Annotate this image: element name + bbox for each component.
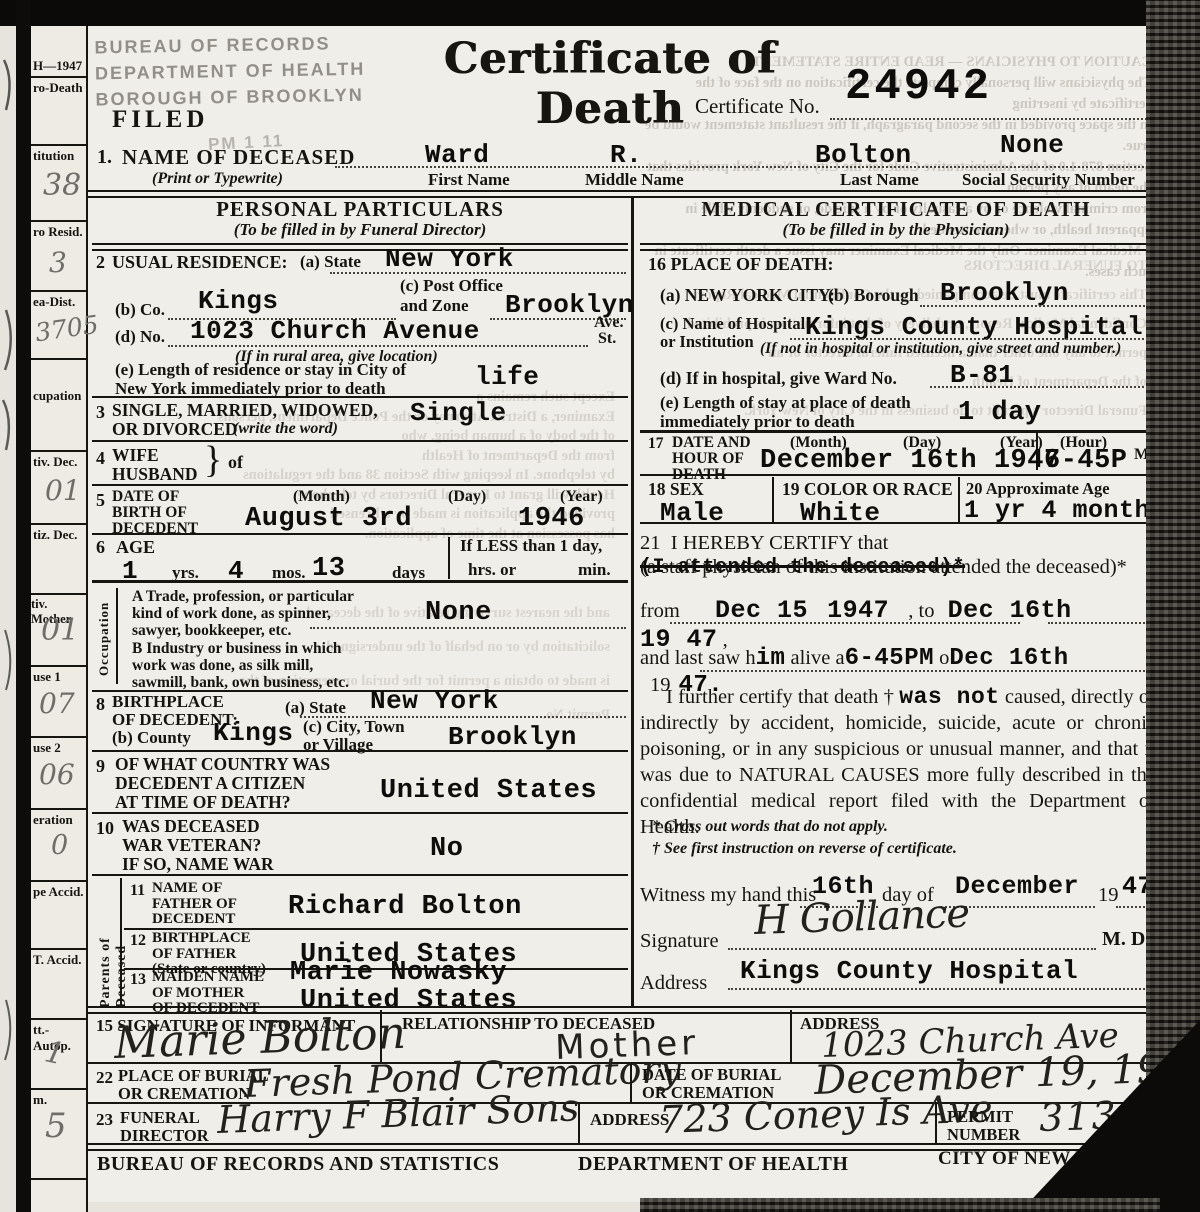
address-value: Kings County Hospital — [740, 956, 1078, 986]
item2c-label: (c) Post Office and Zone — [400, 276, 503, 316]
item21-number: 21 — [640, 532, 661, 554]
margin-cell: ea-Dist. 3705 — [31, 292, 86, 360]
margin-cell: H—1947 — [31, 26, 86, 78]
right-section-title: MEDICAL CERTIFICATE OF DEATH — [640, 197, 1152, 222]
item7b-label: B Industry or business in which work was… — [132, 640, 349, 691]
dotted-line — [670, 622, 1020, 624]
margin-label: ro-Death — [33, 80, 83, 96]
item5-day-label: (Day) — [448, 488, 486, 506]
item2a-label: (a) State — [300, 252, 361, 272]
rule — [640, 474, 1152, 476]
right-section-subtitle: (To be filled in by the Physician) — [640, 220, 1152, 240]
item2a-value: New York — [385, 244, 514, 274]
death-certificate-scan: H—1947 ro-Death titution 38 ro Resid. 3 … — [0, 0, 1200, 1212]
footnote-1: * Cross out words that do not apply. — [652, 818, 888, 836]
item2e-label: (e) Length of residence or stay in City … — [115, 360, 406, 398]
saw-mid: alive a — [791, 647, 845, 669]
filed-stamp: FILED — [112, 106, 208, 134]
from-year: 1947 — [827, 596, 903, 625]
item2b-value: Kings — [198, 286, 279, 316]
item9-label: OF WHAT COUNTRY WAS DECEDENT A CITIZEN A… — [115, 755, 330, 812]
item15-number: 15 — [96, 1016, 113, 1035]
middle-name-label: Middle Name — [585, 170, 684, 190]
bureau-received-stamp: BUREAU OF RECORDS DEPARTMENT OF HEALTH B… — [94, 30, 375, 113]
paragraph-typed: was not — [899, 684, 999, 710]
dotted-line — [168, 345, 588, 347]
item6-divider — [448, 537, 450, 579]
saw-time: 6-45PM — [845, 645, 934, 672]
item6-min-label: min. — [578, 560, 611, 580]
item10-value: No — [430, 834, 463, 864]
item1-label: NAME OF DECEASED — [122, 145, 355, 170]
left-section-subtitle: (To be filled in by Funeral Director) — [92, 220, 628, 240]
row15-divider-2 — [790, 1010, 792, 1062]
margin-label: use 2 — [33, 740, 61, 756]
item17-hour-value: 6-45P — [1044, 446, 1128, 476]
row23-address-label: ADDRESS — [590, 1110, 669, 1130]
item8a-label: (a) State — [285, 698, 346, 718]
item22-number: 22 — [96, 1068, 113, 1088]
margin-value: 01 — [45, 474, 81, 507]
footer-department: DEPARTMENT OF HEALTH — [578, 1153, 848, 1176]
margin-value: 5 — [45, 1106, 67, 1146]
item13-value: Marie Nowasky — [290, 958, 507, 988]
from-label: from — [640, 600, 680, 622]
paragraph-pre: I further certify that death † — [666, 686, 894, 708]
item6-less-label: If LESS than 1 day, — [460, 536, 602, 556]
item4-number: 4 — [96, 448, 105, 469]
margin-label: pe Accid. — [33, 884, 84, 900]
scan-bottom-edge — [640, 1198, 1160, 1212]
item7a-label: A Trade, profession, or particular kind … — [132, 588, 354, 639]
dotted-line — [700, 670, 1152, 672]
item8c-label: (c) City, Town or Village — [303, 718, 405, 754]
dotted-line — [728, 948, 1096, 950]
margin-label: titution — [33, 148, 74, 164]
item7-divider — [116, 588, 118, 684]
rule — [640, 430, 1152, 433]
footnote-2: † See first instruction on reverse of ce… — [652, 840, 957, 858]
saw-pre: and last saw h — [640, 647, 756, 669]
signature-label: Signature — [640, 930, 719, 953]
rule — [92, 812, 628, 814]
underline — [962, 522, 1152, 524]
item1-sublabel: (Print or Typewrite) — [152, 170, 283, 188]
item10-number: 10 — [96, 818, 114, 839]
item17-value: December 16th 1947 — [760, 446, 1061, 476]
item16e-label: (e) Length of stay at place of death imm… — [660, 394, 911, 431]
margin-cell: tt.-Autop. 1 — [31, 1020, 86, 1090]
item8b-label: (b) County — [112, 728, 191, 748]
md-label: M. D. — [1102, 928, 1150, 951]
margin-pen-marks — [0, 40, 18, 1200]
rule — [92, 440, 628, 442]
item13-number: 13 — [130, 971, 146, 989]
item6-number: 6 — [96, 537, 105, 558]
saw-im: im — [756, 645, 786, 672]
row23-divider-1 — [578, 1102, 580, 1143]
rule — [92, 484, 628, 486]
row23-divider-2 — [935, 1102, 937, 1143]
item9-number: 9 — [96, 756, 105, 777]
margin-cell: T. Accid. — [31, 950, 86, 1020]
item17-number: 17 — [648, 435, 664, 452]
item23-number: 23 — [96, 1110, 113, 1130]
item5-year-value: 1946 — [518, 504, 585, 534]
item11-label: NAME OF FATHER OF DECEDENT — [152, 881, 237, 928]
rule — [92, 396, 628, 398]
margin-label: ro Resid. — [33, 224, 83, 240]
middle-name-value: R. — [610, 140, 642, 170]
item8c-value: Brooklyn — [448, 722, 577, 752]
parents-vertical-label: Parents of Deceased — [98, 880, 130, 1008]
item7-vertical-label: Occupation — [96, 590, 112, 676]
margin-cell-empty — [31, 1180, 86, 1212]
rule — [92, 533, 628, 535]
margin-cell: tiz. Dec. — [31, 525, 86, 595]
item5-number: 5 — [96, 490, 105, 511]
certificate-title: Certificate of Death — [430, 34, 790, 134]
item18-label: 18 SEX — [648, 479, 704, 500]
row22-divider — [630, 1062, 632, 1102]
address-label: Address — [640, 972, 707, 995]
saw-date: Dec 16th — [949, 645, 1068, 672]
item8-number: 8 — [96, 694, 105, 715]
margin-cell: m. 5 — [31, 1090, 86, 1180]
item10-label: WAS DECEASED WAR VETERAN? IF SO, NAME WA… — [122, 817, 274, 874]
scan-top-edge — [0, 0, 1200, 26]
dotted-line — [830, 118, 1155, 120]
item21-certify: I HEREBY CERTIFY that — [671, 532, 889, 554]
item2d-value: 1023 Church Avenue — [190, 316, 480, 346]
item16a-value: Brooklyn — [940, 278, 1069, 308]
dotted-line — [1048, 622, 1152, 624]
item2-number: 2 — [96, 252, 105, 273]
item16d-label: (d) If in hospital, give Ward No. — [660, 368, 897, 389]
saw-on: o — [939, 647, 949, 669]
margin-value: 0 — [51, 830, 68, 861]
parents-divider — [120, 878, 122, 1008]
item2e-value: life — [475, 362, 539, 392]
item3-value: Single — [410, 398, 507, 428]
ssn-label: Social Security Number — [962, 170, 1135, 190]
rule — [640, 522, 962, 524]
row15-divider-1 — [380, 1010, 382, 1062]
to-label: , to — [908, 600, 934, 622]
rule — [92, 580, 628, 583]
margin-cell: use 1 07 — [31, 667, 86, 738]
item2b-label: (b) Co. — [115, 300, 165, 320]
item16e-value: 1 day — [958, 398, 1042, 428]
item19-divider — [958, 477, 960, 522]
last-name-label: Last Name — [840, 170, 919, 190]
margin-label: tiv. Dec. — [33, 454, 77, 470]
item3-sublabel: (write the word) — [233, 420, 338, 438]
margin-cell: ro Resid. 3 — [31, 222, 86, 292]
dotted-line — [930, 386, 1152, 388]
item16-label: PLACE OF DEATH: — [671, 254, 834, 274]
item16a-label: (a) NEW YORK CITY: — [660, 285, 835, 306]
item18-divider — [772, 477, 774, 522]
item4-label: WIFE HUSBAND — [112, 446, 198, 484]
item2-label: USUAL RESIDENCE: — [112, 252, 288, 273]
ssn-value: None — [1000, 130, 1064, 160]
dotted-line — [920, 305, 1152, 307]
cert-no-value: 24942 — [845, 62, 992, 112]
margin-label: T. Accid. — [33, 952, 82, 968]
margin-label: H—1947 — [33, 58, 82, 74]
item3-number: 3 — [96, 402, 105, 423]
cert-no-label: Certificate No. — [695, 94, 820, 119]
item20-value: 1 yr 4 months — [964, 496, 1166, 525]
margin-cell: pe Accid. — [31, 882, 86, 950]
paragraph-rest: caused, directly or indirectly by accide… — [640, 686, 1156, 838]
item4-of: of — [228, 452, 243, 473]
dotted-line — [310, 627, 626, 629]
rule — [640, 243, 1152, 251]
margin-value: 01 — [41, 613, 79, 648]
margin-label: eration — [33, 812, 73, 828]
item6-hrs-label: hrs. or — [468, 560, 516, 580]
dotted-line — [330, 272, 626, 274]
witness-month: December — [955, 872, 1079, 901]
item5-label: DATE OF BIRTH OF DECEDENT — [112, 489, 198, 537]
item16b-label: (b) Borough — [828, 285, 919, 306]
left-section-title: PERSONAL PARTICULARS — [92, 197, 628, 222]
item2-st-label: St. — [598, 330, 616, 348]
item21-paragraph: I further certify that death † was not c… — [640, 684, 1156, 840]
margin-value: 3 — [49, 246, 67, 279]
margin-label: use 1 — [33, 669, 61, 685]
item16-number: 16 — [648, 254, 666, 274]
item9-value: United States — [380, 776, 597, 806]
item23-label: FUNERAL DIRECTOR — [120, 1109, 209, 1145]
item2d-label: (d) No. — [115, 327, 165, 347]
item11-number: 11 — [130, 882, 145, 900]
item1-number: 1. — [97, 146, 112, 169]
from-date: Dec 15 — [685, 596, 822, 625]
margin-label: ea-Dist. — [33, 294, 75, 310]
rule — [92, 750, 628, 752]
item5-value: August 3rd — [245, 504, 412, 534]
margin-cell: titution 38 — [31, 146, 86, 222]
witness-19: 19 — [1098, 884, 1119, 907]
margin-cell: ro-Death — [31, 78, 86, 146]
item17-label-block: 17 — [648, 436, 664, 452]
margin-cell: cupation — [31, 360, 86, 452]
dotted-line — [728, 988, 1152, 990]
permit-label: PERMIT NUMBER — [947, 1108, 1020, 1144]
margin-value: 07 — [39, 687, 75, 720]
item16c-sublabel: (If not in hospital or institution, give… — [760, 340, 1121, 358]
margin-cell: tiv. Dec. 01 — [31, 452, 86, 525]
rule — [92, 874, 628, 876]
physician-signature: H Gollance — [753, 891, 969, 944]
first-name-label: First Name — [428, 170, 510, 190]
margin-value: 38 — [43, 168, 81, 203]
item19-label: 19 COLOR OR RACE — [782, 479, 953, 500]
margin-coding-strip: H—1947 ro-Death titution 38 ro Resid. 3 … — [31, 26, 88, 1212]
last-name-value: Bolton — [815, 140, 912, 170]
margin-cell: eration 0 — [31, 810, 86, 882]
margin-label: cupation — [33, 388, 81, 404]
item12-number: 12 — [130, 932, 146, 950]
item6-label: AGE — [116, 537, 155, 558]
item11-value: Richard Bolton — [288, 892, 522, 922]
footer-bureau: BUREAU OF RECORDS AND STATISTICS — [97, 1153, 499, 1176]
item21-line2: (a staff physician of this institution a… — [640, 556, 1154, 579]
item4-brace: } — [204, 438, 222, 482]
item8b-value: Kings — [213, 718, 294, 748]
to-date: Dec 16th — [940, 596, 1084, 625]
item8a-value: New York — [370, 686, 499, 716]
margin-value: 06 — [39, 758, 75, 791]
item7a-value: None — [425, 598, 492, 628]
margin-label: tiz. Dec. — [33, 527, 77, 543]
margin-cell: tiv. Mother 01 — [31, 595, 86, 667]
rule — [92, 243, 628, 251]
first-name-value: Ward — [425, 140, 489, 170]
margin-cell: use 2 06 — [31, 738, 86, 810]
scan-left-edge — [16, 0, 31, 1212]
